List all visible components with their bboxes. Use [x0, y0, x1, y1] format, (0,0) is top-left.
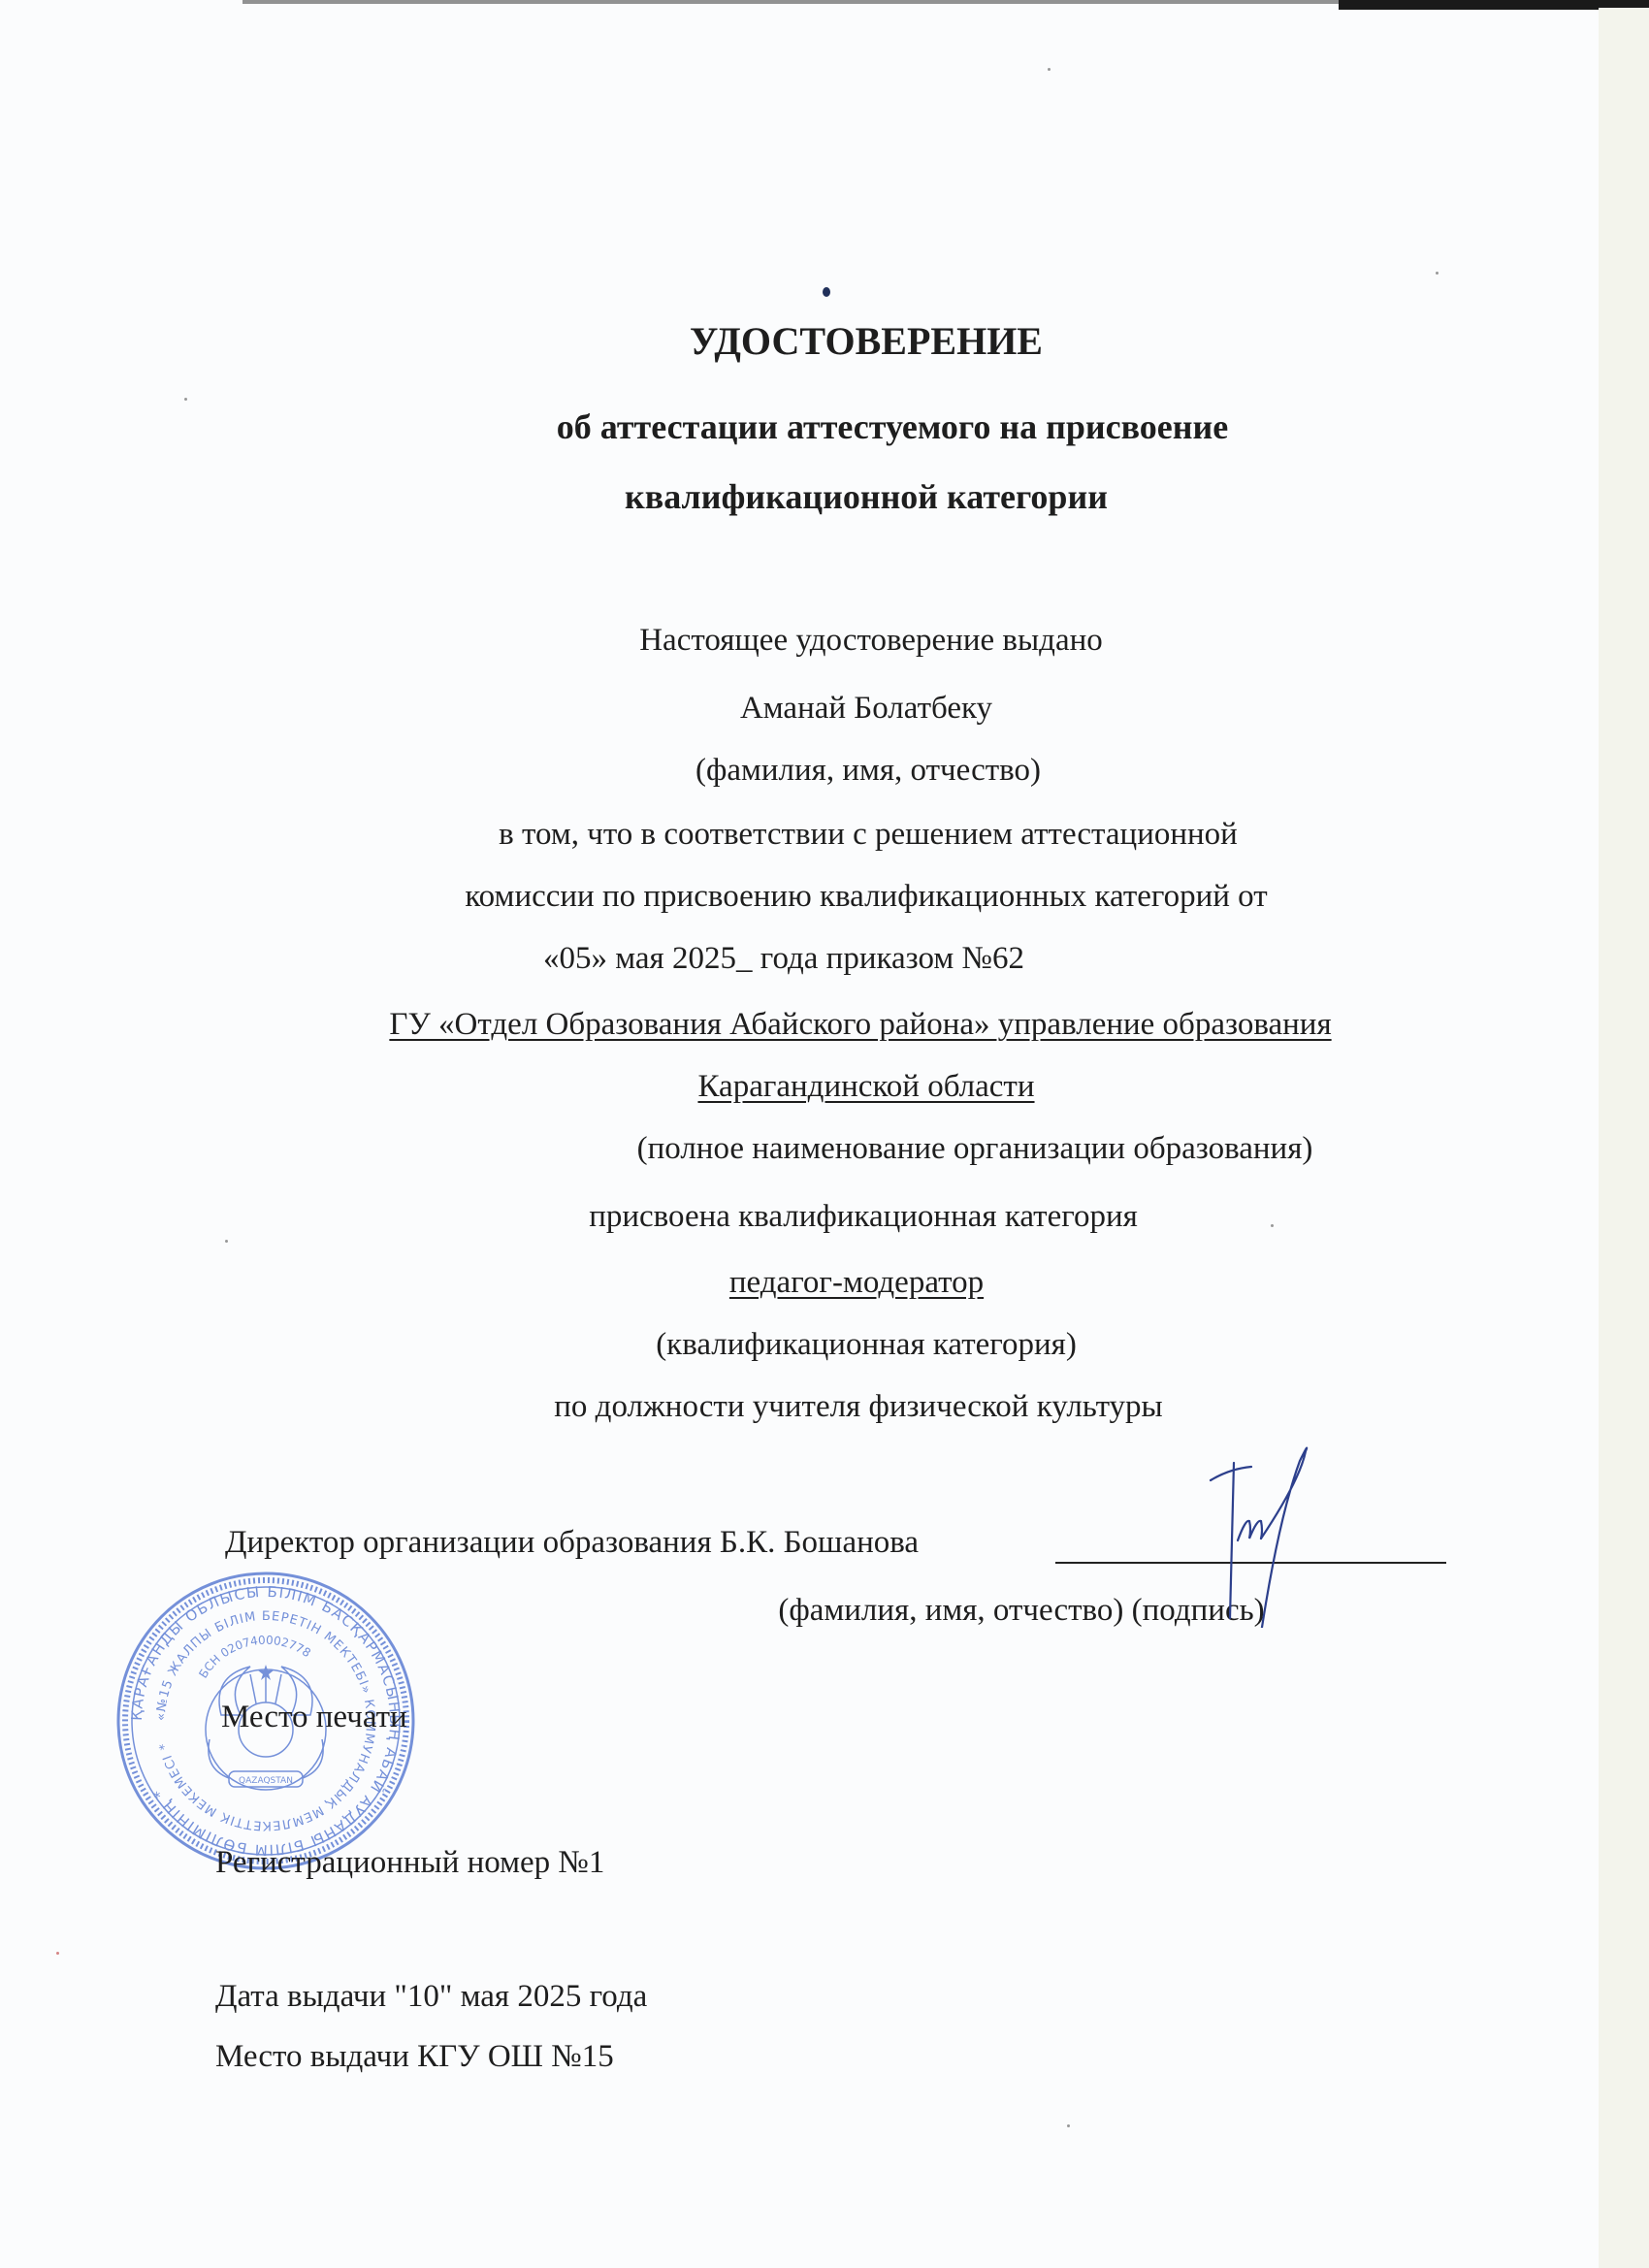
scan-speck	[1067, 2124, 1070, 2127]
recipient-caption: (фамилия, имя, отчество)	[695, 751, 1041, 790]
seal-emblem-text: QAZAQSTAN	[239, 1776, 293, 1786]
category-caption: (квалификационная категория)	[656, 1325, 1077, 1364]
recipient-name: Аманай Болатбеку	[740, 689, 992, 728]
scan-speck	[1048, 68, 1051, 71]
organization-caption: (полное наименование организации образов…	[637, 1129, 1313, 1168]
scan-speck	[1436, 272, 1439, 275]
decision-line-1: в том, что в соответствии с решением атт…	[499, 815, 1238, 854]
category-value: педагог-модератор	[729, 1263, 984, 1302]
decision-line-2: комиссии по присвоению квалификационных …	[465, 877, 1267, 916]
document-subtitle-1: об аттестации аттестуемого на присвоение	[557, 405, 1228, 448]
scan-speck	[1271, 1224, 1274, 1227]
issued-intro: Настоящее удостоверение выдано	[639, 621, 1103, 660]
director-caption: (фамилия, имя, отчество) (подпись)	[778, 1591, 1264, 1630]
assigned-text: присвоена квалификационная категория	[589, 1197, 1138, 1236]
order-line: «05» мая 2025_ года приказом №62	[543, 939, 1024, 978]
scan-speck	[184, 398, 187, 401]
director-line: Директор организации образования Б.К. Бо…	[225, 1523, 919, 1562]
organization-name-2: Карагандинской области	[697, 1067, 1034, 1106]
ink-dot	[823, 287, 830, 297]
scan-speck	[225, 1240, 228, 1243]
document-subtitle-2: квалификационной категории	[625, 475, 1108, 518]
position-text: по должности учителя физической культуры	[554, 1387, 1162, 1426]
issue-place: Место выдачи КГУ ОШ №15	[215, 2037, 614, 2076]
organization-name-1: ГУ «Отдел Образования Абайского района» …	[389, 1005, 1331, 1044]
seal-place-label: Место печати	[221, 1698, 407, 1736]
document-title: УДОСТОВЕРЕНИЕ	[690, 318, 1043, 365]
registration-number: Регистрационный номер №1	[215, 1843, 604, 1882]
scan-edge-shadow	[242, 0, 1339, 4]
scan-edge-strip	[1599, 8, 1649, 2268]
scan-speck	[56, 1952, 59, 1955]
signature-icon	[1203, 1443, 1329, 1628]
svg-text:БСН 020740002778: БСН 020740002778	[196, 1634, 313, 1681]
seal-bin: БСН 020740002778	[196, 1634, 313, 1681]
issue-date: Дата выдачи "10" мая 2025 года	[215, 1977, 647, 2016]
